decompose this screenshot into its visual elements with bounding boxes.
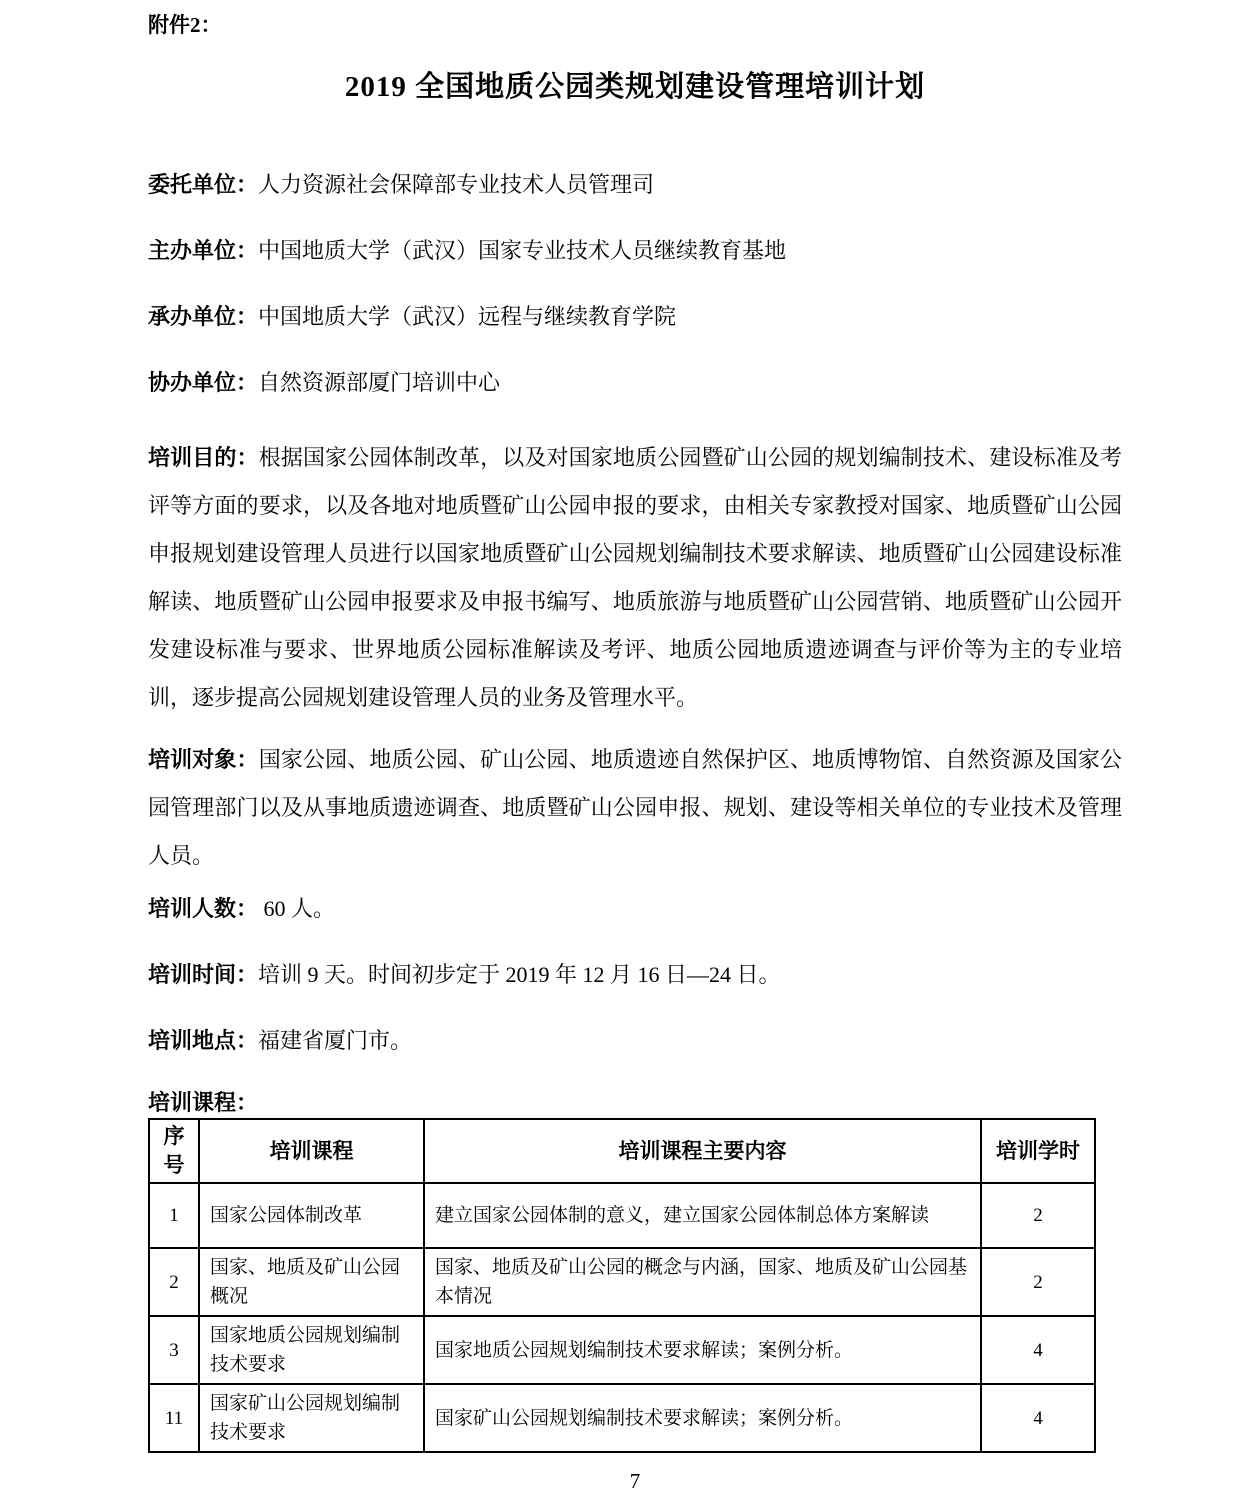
field-value: 中国地质大学（武汉）远程与继续教育学院 <box>258 304 676 329</box>
header-cell-content: 培训课程主要内容 <box>424 1119 981 1183</box>
document-page: 附件2： 2019 全国地质公园类规划建设管理培训计划 委托单位：人力资源社会保… <box>0 0 1240 1503</box>
header-cell-course: 培训课程 <box>199 1119 424 1183</box>
field-label: 承办单位： <box>148 304 258 329</box>
field-label: 培训人数： <box>148 896 258 921</box>
field-value: 人力资源社会保障部专业技术人员管理司 <box>258 172 654 197</box>
fields-section: 委托单位：人力资源社会保障部专业技术人员管理司 主办单位：中国地质大学（武汉）国… <box>148 170 1122 1056</box>
field-value: 60 人。 <box>258 896 335 921</box>
field-training-target: 培训对象：国家公园、地质公园、矿山公园、地质遗迹自然保护区、地质博物馆、自然资源… <box>148 736 1122 880</box>
field-label: 培训对象： <box>148 747 259 772</box>
cell-content: 国家地质公园规划编制技术要求解读；案例分析。 <box>424 1316 981 1384</box>
table-row: 1 国家公园体制改革 建立国家公园体制的意义，建立国家公园体制总体方案解读 2 <box>149 1183 1095 1248</box>
courses-table-body: 1 国家公园体制改革 建立国家公园体制的意义，建立国家公园体制总体方案解读 2 … <box>149 1183 1095 1452</box>
field-label: 委托单位： <box>148 172 258 197</box>
cell-hours: 4 <box>981 1316 1095 1384</box>
cell-course: 国家地质公园规划编制技术要求 <box>199 1316 424 1384</box>
table-header-row: 序号 培训课程 培训课程主要内容 培训学时 <box>149 1119 1095 1183</box>
field-value: 自然资源部厦门培训中心 <box>258 370 500 395</box>
table-row: 2 国家、地质及矿山公园概况 国家、地质及矿山公园的概念与内涵，国家、地质及矿山… <box>149 1248 1095 1316</box>
field-value: 福建省厦门市。 <box>258 1028 412 1053</box>
cell-seq: 1 <box>149 1183 199 1248</box>
cell-hours: 4 <box>981 1384 1095 1452</box>
field-organizer-unit: 承办单位：中国地质大学（武汉）远程与继续教育学院 <box>148 302 1122 332</box>
header-cell-seq: 序号 <box>149 1119 199 1183</box>
field-value: 中国地质大学（武汉）国家专业技术人员继续教育基地 <box>258 238 786 263</box>
field-value: 根据国家公园体制改革，以及对国家地质公园暨矿山公园的规划编制技术、建设标准及考评… <box>148 445 1122 710</box>
field-label: 培训目的： <box>148 445 259 470</box>
table-row: 3 国家地质公园规划编制技术要求 国家地质公园规划编制技术要求解读；案例分析。 … <box>149 1316 1095 1384</box>
field-training-purpose: 培训目的：根据国家公园体制改革，以及对国家地质公园暨矿山公园的规划编制技术、建设… <box>148 434 1122 722</box>
field-host-unit: 主办单位：中国地质大学（武汉）国家专业技术人员继续教育基地 <box>148 236 1122 266</box>
field-label: 协办单位： <box>148 370 258 395</box>
cell-seq: 11 <box>149 1384 199 1452</box>
field-value: 国家公园、地质公园、矿山公园、地质遗迹自然保护区、地质博物馆、自然资源及国家公园… <box>148 747 1122 868</box>
cell-content: 国家矿山公园规划编制技术要求解读；案例分析。 <box>424 1384 981 1452</box>
table-row: 11 国家矿山公园规划编制技术要求 国家矿山公园规划编制技术要求解读；案例分析。… <box>149 1384 1095 1452</box>
cell-seq: 2 <box>149 1248 199 1316</box>
field-value: 培训 9 天。时间初步定于 2019 年 12 月 16 日—24 日。 <box>258 962 781 987</box>
page-number: 7 <box>148 1469 1122 1493</box>
field-training-headcount: 培训人数： 60 人。 <box>148 894 1122 924</box>
cell-course: 国家、地质及矿山公园概况 <box>199 1248 424 1316</box>
cell-course: 国家公园体制改革 <box>199 1183 424 1248</box>
header-cell-hours: 培训学时 <box>981 1119 1095 1183</box>
field-label: 主办单位： <box>148 238 258 263</box>
cell-hours: 2 <box>981 1183 1095 1248</box>
cell-content: 建立国家公园体制的意义，建立国家公园体制总体方案解读 <box>424 1183 981 1248</box>
training-courses-label: 培训课程： <box>148 1088 1122 1118</box>
field-label: 培训地点： <box>148 1028 258 1053</box>
field-entrusting-unit: 委托单位：人力资源社会保障部专业技术人员管理司 <box>148 170 1122 200</box>
courses-table-head: 序号 培训课程 培训课程主要内容 培训学时 <box>149 1119 1095 1183</box>
cell-course: 国家矿山公园规划编制技术要求 <box>199 1384 424 1452</box>
field-co-organizer-unit: 协办单位：自然资源部厦门培训中心 <box>148 368 1122 398</box>
field-training-time: 培训时间：培训 9 天。时间初步定于 2019 年 12 月 16 日—24 日… <box>148 960 1122 990</box>
field-training-location: 培训地点：福建省厦门市。 <box>148 1026 1122 1056</box>
page-title: 2019 全国地质公园类规划建设管理培训计划 <box>148 66 1122 108</box>
cell-seq: 3 <box>149 1316 199 1384</box>
cell-hours: 2 <box>981 1248 1095 1316</box>
field-label: 培训时间： <box>148 962 258 987</box>
cell-content: 国家、地质及矿山公园的概念与内涵，国家、地质及矿山公园基本情况 <box>424 1248 981 1316</box>
courses-table: 序号 培训课程 培训课程主要内容 培训学时 1 国家公园体制改革 建立国家公园体… <box>148 1118 1096 1453</box>
attachment-label: 附件2： <box>148 10 1122 40</box>
